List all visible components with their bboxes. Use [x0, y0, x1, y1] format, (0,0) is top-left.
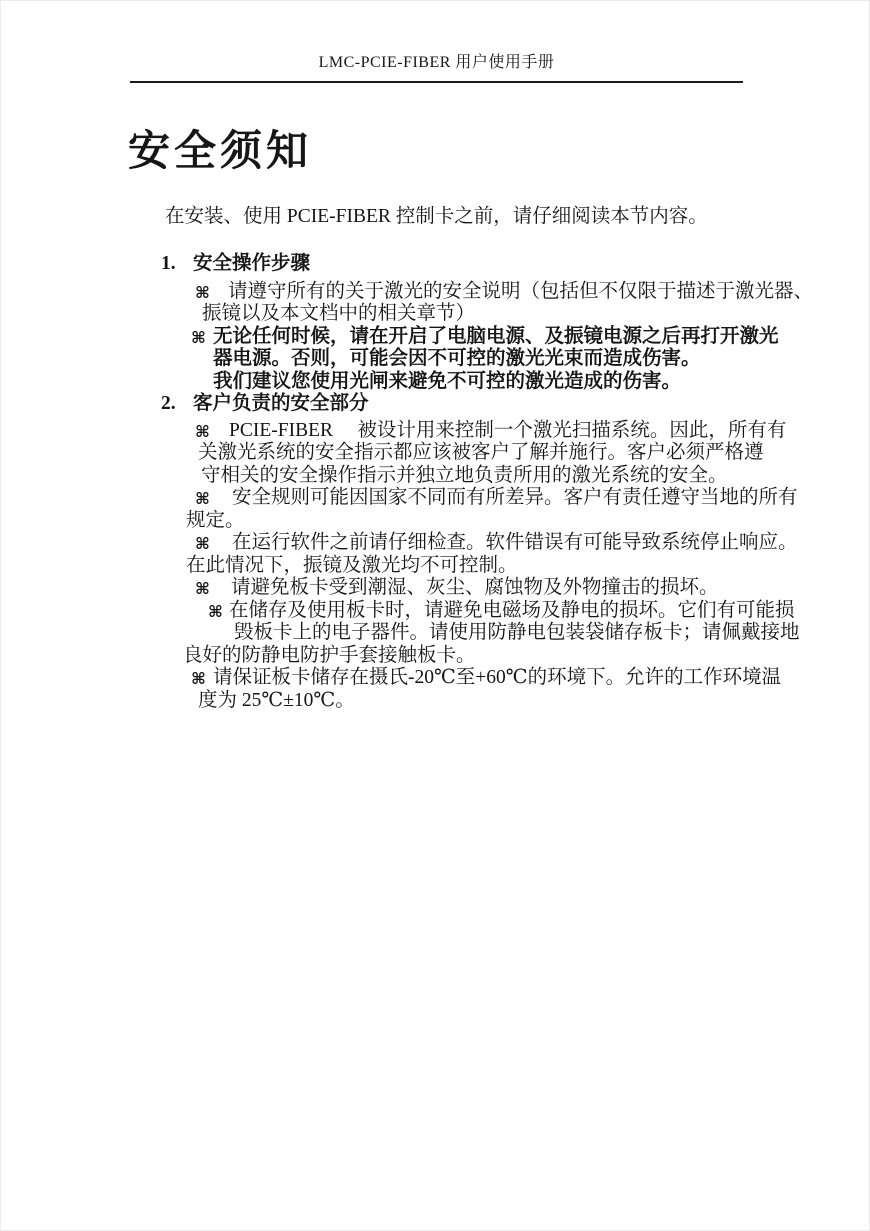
manual-page: LMC-PCIE-FIBER 用户使用手册 安全须知 在安装、使用 PCIE-F…: [0, 0, 870, 1231]
text-line: 我们建议您使用光闸来避免不可控的激光造成的伤害。: [213, 371, 771, 394]
section-heading: 客户负责的安全部分: [193, 393, 369, 416]
command-bullet-icon: ⌘: [208, 601, 223, 624]
text-line: 在储存及使用板卡时，请避免电磁场及静电的损坏。它们有可能损: [229, 600, 771, 623]
command-bullet-icon: ⌘: [191, 668, 206, 691]
bullet-item: ⌘ 在运行软件之前请仔细检查。软件错误有可能导致系统停止响应。 在此情况下，振镜…: [131, 532, 771, 577]
list-number: 1.: [161, 253, 193, 276]
section-heading: 安全操作步骤: [193, 253, 310, 276]
bullet-item: ⌘ 安全规则可能因国家不同而有所差异。客户有责任遵守当地的所有 规定。: [131, 487, 771, 532]
text-line: 良好的防静电防护手套接触板卡。: [183, 645, 771, 668]
page-header: LMC-PCIE-FIBER 用户使用手册: [130, 49, 743, 83]
bullet-item: ⌘ PCIE-FIBER 被设计用来控制一个激光扫描系统。因此，所有有 关激光系…: [131, 420, 771, 488]
command-bullet-icon: ⌘: [195, 533, 210, 556]
list-item-2-heading: 2. 客户负责的安全部分: [131, 393, 771, 416]
intro-paragraph: 在安装、使用 PCIE-FIBER 控制卡之前，请仔细阅读本节内容。: [165, 203, 708, 230]
page-title: 安全须知: [128, 129, 312, 175]
command-bullet-icon: ⌘: [195, 488, 210, 511]
bullet-item: ⌘ 无论任何时候，请在开启了电脑电源、及振镜电源之后再打开激光 器电源。否则，可…: [131, 326, 771, 394]
command-bullet-icon: ⌘: [191, 327, 206, 350]
text-line: 毁板卡上的电子器件。请使用防静电包装袋储存板卡；请佩戴接地: [234, 622, 771, 645]
bullet-item: ⌘ 请遵守所有的关于激光的安全说明（包括但不仅限于描述于激光器、 振镜以及本文档…: [131, 281, 771, 326]
text-line: 在此情况下，振镜及激光均不可控制。: [186, 555, 771, 578]
text-line: 度为 25℃±10℃。: [198, 690, 771, 713]
list-item-1-heading: 1. 安全操作步骤: [131, 253, 771, 276]
text-line: 规定。: [186, 510, 771, 533]
command-bullet-icon: ⌘: [195, 421, 210, 444]
text-line: 器电源。否则，可能会因不可控的激光光束而造成伤害。: [213, 348, 771, 371]
text-line: 请避免板卡受到潮湿、灰尘、腐蚀物及外物撞击的损坏。: [231, 577, 771, 600]
text-line: 关激光系统的安全指示都应该被客户了解并施行。客户必须严格遵: [198, 442, 771, 465]
bullet-item: ⌘ 请避免板卡受到潮湿、灰尘、腐蚀物及外物撞击的损坏。: [131, 577, 771, 600]
command-bullet-icon: ⌘: [195, 578, 210, 601]
text-line: 请遵守所有的关于激光的安全说明（包括但不仅限于描述于激光器、: [228, 281, 771, 304]
text-line: 无论任何时候，请在开启了电脑电源、及振镜电源之后再打开激光: [213, 326, 771, 349]
text-line: 守相关的安全操作指示并独立地负责所用的激光系统的安全。: [201, 465, 771, 488]
command-bullet-icon: ⌘: [195, 282, 210, 305]
text-line: PCIE-FIBER 被设计用来控制一个激光扫描系统。因此，所有有: [229, 420, 771, 443]
bullet-item: ⌘ 请保证板卡储存在摄氏-20℃至+60℃的环境下。允许的工作环境温 度为 25…: [131, 667, 771, 712]
text-line: 请保证板卡储存在摄氏-20℃至+60℃的环境下。允许的工作环境温: [213, 667, 771, 690]
text-line: 振镜以及本文档中的相关章节）: [202, 303, 771, 326]
bullet-item: ⌘ 在储存及使用板卡时，请避免电磁场及静电的损坏。它们有可能损 毁板卡上的电子器…: [131, 600, 771, 668]
safety-list: 1. 安全操作步骤 ⌘ 请遵守所有的关于激光的安全说明（包括但不仅限于描述于激光…: [131, 253, 771, 712]
list-number: 2.: [161, 393, 193, 416]
text-line: 在运行软件之前请仔细检查。软件错误有可能导致系统停止响应。: [232, 532, 771, 555]
text-line: 安全规则可能因国家不同而有所差异。客户有责任遵守当地的所有: [232, 487, 771, 510]
header-title: LMC-PCIE-FIBER 用户使用手册: [319, 54, 555, 71]
